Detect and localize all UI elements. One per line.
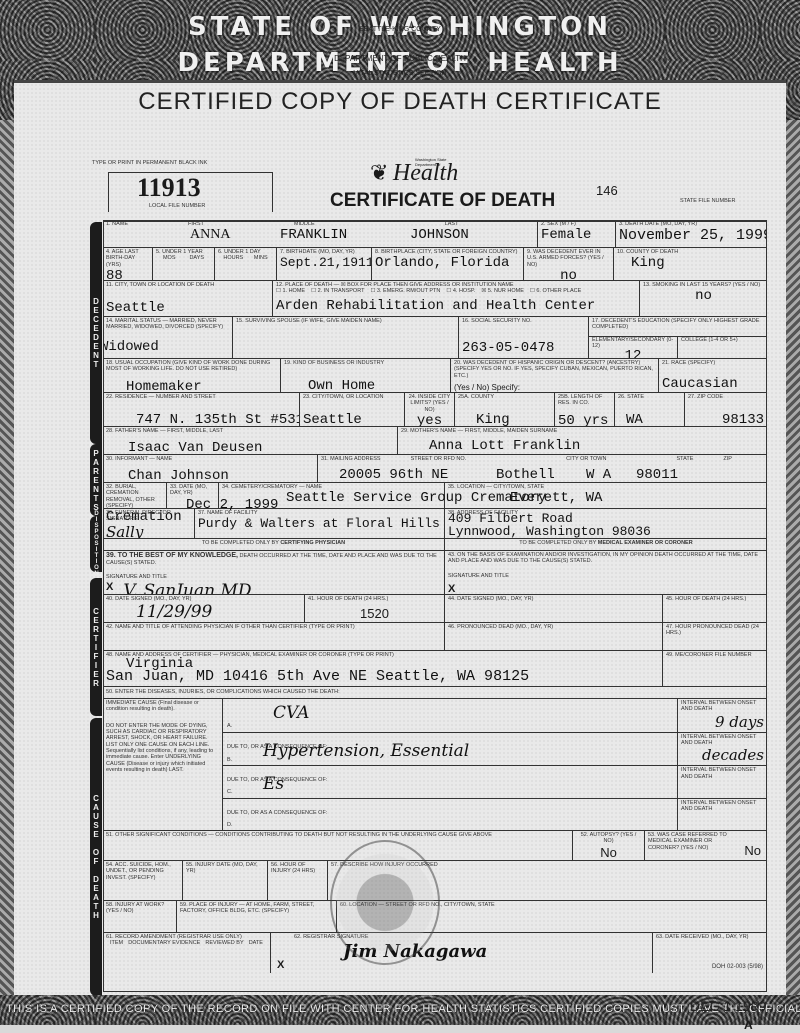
local-file-box: 11913 LOCAL FILE NUMBER [108, 172, 273, 212]
field-physician-certification[interactable]: 39. TO THE BEST OF MY KNOWLEDGE, DEATH O… [103, 551, 445, 594]
place-options: ☐ 1. HOME ☐ 2. IN TRANSPORT ☐ 3. EMERG. … [276, 288, 636, 294]
field-marital-status[interactable]: 14. MARITAL STATUS — Married, Never marr… [103, 317, 233, 358]
row-disposition: 32. BURIAL, CREMATION REMOVAL, OTHER (Sp… [103, 483, 767, 509]
field-birthplace[interactable]: 8. BIRTHPLACE (City, State or Foreign Co… [372, 248, 524, 280]
physician-signature: V. SanJuan MD [123, 581, 251, 594]
field-length-of-residence[interactable]: 25B. LENGTH OF RES. IN CO.50 yrs [555, 393, 615, 426]
field-age[interactable]: 4. AGE LAST BIRTH-DAY (Yrs)88 [103, 248, 153, 280]
row-registrar: 61. RECORD AMENDMENT (Registrar use only… [103, 933, 767, 973]
row-certification: 39. TO THE BEST OF MY KNOWLEDGE, DEATH O… [103, 551, 767, 595]
field-hour-pronounced[interactable]: 47. HOUR PRONOUNCED DEAD (24 Hrs.) [663, 623, 767, 650]
checkbox-in-transport[interactable]: ☐ 2. IN TRANSPORT [311, 288, 364, 294]
security-border-right [786, 120, 800, 1000]
row-occupation: 18. USUAL OCCUPATION (Give kind of work … [103, 359, 767, 393]
row-informant: 30. INFORMANT — NAMEChan Johnson 31. MAI… [103, 455, 767, 483]
field-industry[interactable]: 19. KIND OF BUSINESS OR INDUSTRYOwn Home [281, 359, 451, 392]
checkbox-hosp[interactable]: ☐ 4. HOSP. [446, 288, 475, 294]
field-me-certification[interactable]: 43. ON THE BASIS OF EXAMINATION AND/OR I… [445, 551, 767, 594]
row-place-of-death: 11. CITY, TOWN OR LOCATION OF DEATHSeatt… [103, 281, 767, 317]
row-certifier-address: 48. NAME AND ADDRESS OF CERTIFIER — PHYS… [103, 651, 767, 687]
security-border-left [0, 120, 14, 1000]
cause-instructions: IMMEDIATE CAUSE (Final disease or condit… [103, 699, 223, 830]
row-attending: 42. NAME AND TITLE OF ATTENDING PHYSICIA… [103, 623, 767, 651]
field-city-of-death[interactable]: 11. CITY, TOWN OR LOCATION OF DEATHSeatt… [103, 281, 273, 316]
row-name: 1. NAMEFirstMiddleLast ANNA FRANKLIN JOH… [103, 220, 767, 248]
field-date-signed[interactable]: 40. DATE SIGNED (Mo., Day, Yr)11/29/99 [103, 595, 305, 622]
leaf-icon: ❦ [370, 160, 388, 185]
row-marital: 14. MARITAL STATUS — Married, Never marr… [103, 317, 767, 359]
field-registrar-signature[interactable]: 62. REGISTRAR SIGNATURE X Jim Nakagawa [271, 933, 653, 973]
field-disposition-date[interactable]: 33. DATE (Mo, Day, Yr)Dec 2, 1999 [167, 483, 219, 508]
field-record-amendment[interactable]: 61. RECORD AMENDMENT (Registrar use only… [103, 933, 271, 973]
field-mother[interactable]: 29. MOTHER'S NAME — FIRST, MIDDLE, MAIDE… [398, 427, 767, 454]
field-under-1-day[interactable]: 6. UNDER 1 DAYHOURSMINS [215, 248, 277, 280]
field-birthdate[interactable]: 7. BIRTHDATE (Mo, Day, Yr)Sept.21,1911 [277, 248, 372, 280]
field-occupation[interactable]: 18. USUAL OCCUPATION (Give kind of work … [103, 359, 281, 392]
cause-of-death-header: 50. ENTER THE DISEASES, INJURIES, OR COM… [103, 687, 767, 698]
field-disposition-method[interactable]: 32. BURIAL, CREMATION REMOVAL, OTHER (Sp… [103, 483, 167, 508]
field-other-conditions[interactable]: 51. OTHER SIGNIFICANT CONDITIONS — CONDI… [103, 831, 573, 860]
last-name: JOHNSON [410, 227, 469, 243]
checkbox-other-place[interactable]: ☐ 6. OTHER PLACE [530, 288, 581, 294]
field-name[interactable]: 1. NAMEFirstMiddleLast ANNA FRANKLIN JOH… [103, 220, 538, 247]
local-file-number: 11913 [137, 173, 201, 203]
local-file-label: LOCAL FILE NUMBER [149, 203, 205, 209]
tab-certifier: CERTIFIER [90, 578, 102, 716]
overlay-department: DEPARTMENT OF PUBLIC HEALTH [0, 54, 800, 63]
tab-parents: PARENTS [90, 444, 102, 516]
overlay-county: SEATTLE-KING COUNTY [0, 26, 800, 33]
field-crematory[interactable]: 34. CEMETERY/CREMATORY — NAMESeattle Ser… [219, 483, 445, 508]
date-received-stamp: DEC 1 1999 [690, 998, 766, 1014]
field-attending-physician[interactable]: 42. NAME AND TITLE OF ATTENDING PHYSICIA… [103, 623, 445, 650]
field-smoking[interactable]: 13. SMOKING IN LAST 15 YEARS? (Yes / No)… [640, 281, 767, 316]
field-injury-date[interactable]: 55. INJURY DATE (Mo, Day, Yr) [183, 861, 268, 900]
checkbox-nur-home[interactable]: ☒ 5. NUR HOME [481, 288, 524, 294]
certificate-title: CERTIFICATE OF DEATH [330, 190, 555, 212]
tab-disposition: DISPOSITION [90, 516, 102, 572]
certification-banner: THIS IS A CERTIFIED COPY OF THE RECORD O… [6, 1003, 800, 1015]
field-residence-county[interactable]: 25A. COUNTYKing [455, 393, 555, 426]
field-informant[interactable]: 30. INFORMANT — NAMEChan Johnson [103, 455, 318, 482]
field-county-of-death[interactable]: 10. COUNTY OF DEATHKing [614, 248, 767, 280]
field-hispanic[interactable]: 20. Was Decedent of Hispanic origin or d… [451, 359, 659, 392]
series-letter: A [744, 1018, 753, 1032]
field-ssn[interactable]: 16. SOCIAL SECURITY NO.263-05-0478 [459, 317, 589, 358]
field-certifier-name-address[interactable]: 48. NAME AND ADDRESS OF CERTIFIER — PHYS… [103, 651, 663, 686]
ink-note: TYPE OR PRINT IN PERMANENT BLACK INK [92, 160, 207, 166]
row-cause-lines: IMMEDIATE CAUSE (Final disease or condit… [103, 699, 767, 831]
field-death-date[interactable]: 3. DEATH DATE (Mo, Day, Yr)November 25, … [616, 220, 767, 247]
health-logo: ❦ Health Washington State Department of [370, 160, 458, 187]
state-file-label: STATE FILE NUMBER [680, 198, 735, 204]
checkbox-home[interactable]: ☐ 1. HOME [276, 288, 305, 294]
field-residence-city[interactable]: 23. CITY/TOWN, OR LOCATIONSeattle [300, 393, 405, 426]
field-education[interactable]: 17. DECEDENT'S EDUCATION (Specify only h… [589, 317, 767, 358]
field-injury-at-work[interactable]: 58. INJURY AT WORK? (Yes / No) [103, 901, 177, 932]
field-residence-zip[interactable]: 27. ZIP CODE98133 [685, 393, 767, 426]
me-section-header: TO BE COMPLETED ONLY BY MEDICAL EXAMINER… [445, 539, 767, 550]
death-certificate-form: 1. NAMEFirstMiddleLast ANNA FRANKLIN JOH… [103, 220, 767, 973]
overlay-section: VITAL STATISTICS SECTION [0, 70, 800, 77]
tab-cause-of-death: CAUSE OF DEATH [90, 718, 102, 996]
row-cause-header: 50. ENTER THE DISEASES, INJURIES, OR COM… [103, 687, 767, 699]
row-other-conditions: 51. OTHER SIGNIFICANT CONDITIONS — CONDI… [103, 831, 767, 861]
physician-section-header: TO BE COMPLETED ONLY BY CERTIFYING PHYSI… [103, 539, 445, 550]
field-surviving-spouse[interactable]: 15. SURVIVING SPOUSE (If wife, give maid… [233, 317, 459, 358]
field-me-file-number[interactable]: 49. ME/CORONER FILE NUMBER [663, 651, 767, 686]
tab-decedent: DECEDENT [90, 222, 102, 444]
row-parents: 28. FATHER'S NAME — FIRST, MIDDLE, LASTI… [103, 427, 767, 455]
field-place-of-death[interactable]: 12. PLACE OF DEATH — ☒ BOX FOR PLACE THE… [273, 281, 640, 316]
field-pronounced-dead[interactable]: 46. PRONOUNCED DEAD (Mo., Day, Yr) [445, 623, 663, 650]
field-referred-to-me[interactable]: 53. WAS CASE REFERRED TO MEDICAL EXAMINE… [645, 831, 767, 860]
state-file-number: 146 [596, 183, 618, 198]
field-residence-street[interactable]: 22. RESIDENCE — NUMBER AND STREET747 N. … [103, 393, 300, 426]
field-facility-name[interactable]: 37. NAME OF FACILITYPurdy & Walters at F… [195, 509, 445, 538]
field-disposition-location[interactable]: 35. LOCATION — CITY/TOWN, STATEEverett, … [445, 483, 767, 508]
cause-line-d[interactable]: DUE TO, OR AS A CONSEQUENCE OF:D. INTERV… [223, 799, 767, 830]
cause-line-c[interactable]: DUE TO, OR AS A CONSEQUENCE OF:C.Es INTE… [223, 766, 767, 798]
field-hour-of-injury[interactable]: 56. HOUR OF INJURY (24 Hrs) [268, 861, 328, 900]
field-hour-of-death[interactable]: 41. HOUR OF DEATH (24 Hrs.)1520 [305, 595, 445, 622]
official-seal [330, 840, 440, 965]
field-autopsy[interactable]: 52. AUTOPSY? (Yes / No)No [573, 831, 645, 860]
field-facility-address[interactable]: 38. ADDRESS OF FACILITY409 Filbert RoadL… [445, 509, 767, 538]
field-manner[interactable]: 54. ACC. SUICIDE, HOM., UNDET., OR PENDI… [103, 861, 183, 900]
field-armed-forces[interactable]: 9. WAS DECEDENT EVER IN U.S. ARMED FORCE… [524, 248, 614, 280]
page-title: CERTIFIED COPY OF DEATH CERTIFICATE [0, 88, 800, 116]
row-certifier-headers: TO BE COMPLETED ONLY BY CERTIFYING PHYSI… [103, 539, 767, 551]
field-father[interactable]: 28. FATHER'S NAME — FIRST, MIDDLE, LASTI… [103, 427, 398, 454]
field-inside-city[interactable]: 24. INSIDE CITY LIMITS? (Yes / No)yes [405, 393, 455, 426]
field-me-hour-of-death[interactable]: 45. HOUR OF DEATH (24 Hrs.) [663, 595, 767, 622]
field-me-date-signed[interactable]: 44. DATE SIGNED (Mo., Day, Yr) [445, 595, 663, 622]
field-under-1-year[interactable]: 5. UNDER 1 YEARMOSDAYS [153, 248, 215, 280]
checkbox-emerg[interactable]: ☐ 3. EMERG. RM/OUT PTN [370, 288, 440, 294]
field-date-received[interactable]: 63. DATE RECEIVED (Mo., Day, Yr) DOH 02-… [653, 933, 767, 973]
row-funeral: 36. FUNERAL DIRECTOR SIGNATURESally Budd… [103, 509, 767, 539]
field-funeral-director-signature[interactable]: 36. FUNERAL DIRECTOR SIGNATURESally Budd… [103, 509, 195, 538]
row-age-birth: 4. AGE LAST BIRTH-DAY (Yrs)88 5. UNDER 1… [103, 248, 767, 281]
field-race[interactable]: 21. RACE (Specify)Caucasian [659, 359, 767, 392]
cause-line-a[interactable]: A.CVA INTERVAL BETWEEN ONSET AND DEATH9 … [223, 699, 767, 733]
field-place-of-injury[interactable]: 59. PLACE OF INJURY — AT HOME, FARM, STR… [177, 901, 337, 932]
field-residence-state[interactable]: 26. STATEWA [615, 393, 685, 426]
field-mailing-address[interactable]: 31. MAILING ADDRESSSTREET OR RFD NO.CITY… [318, 455, 767, 482]
middle-name: FRANKLIN [280, 227, 410, 243]
row-residence: 22. RESIDENCE — NUMBER AND STREET747 N. … [103, 393, 767, 427]
first-name: ANNA [190, 227, 280, 243]
row-date-signed: 40. DATE SIGNED (Mo., Day, Yr)11/29/99 4… [103, 595, 767, 623]
field-sex[interactable]: 2. SEX (M / F)Female [538, 220, 616, 247]
security-border-bottom: THIS IS A CERTIFIED COPY OF THE RECORD O… [0, 995, 800, 1025]
cause-line-b[interactable]: DUE TO, OR AS A CONSEQUENCE OF:B.Hyperte… [223, 733, 767, 767]
